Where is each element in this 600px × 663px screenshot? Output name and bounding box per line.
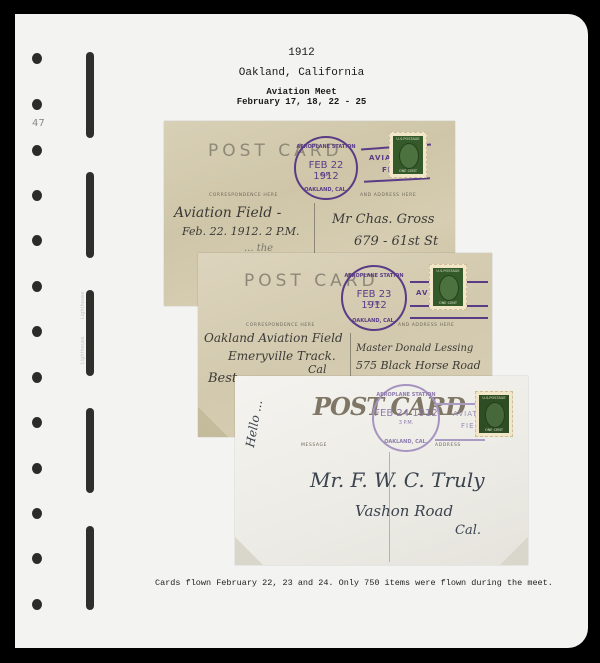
binder-slot	[86, 526, 94, 610]
stamp-one-cent: U.S.POSTAGEONE CENT	[475, 391, 513, 437]
correspondence-label: CORRESPONDENCE HERE	[209, 193, 278, 198]
stamp-one-cent: U.S.POSTAGEONE CENT	[389, 132, 427, 178]
message-line: Cal	[308, 363, 327, 376]
postmark: AEROPLANE STATION FEB 23 1912 3 P.M. OAK…	[341, 265, 407, 331]
binder-hole	[32, 145, 42, 156]
message-label: MESSAGE	[301, 443, 327, 448]
binder-hole	[32, 190, 42, 201]
page-dates: February 17, 18, 22 - 25	[15, 97, 588, 107]
binder-slot	[86, 172, 94, 258]
binder-hole	[32, 508, 42, 519]
address-label: AND ADDRESS HERE	[360, 193, 416, 198]
binder-hole	[32, 463, 42, 474]
message-line: Oakland Aviation Field	[204, 331, 343, 345]
binder-hole	[32, 281, 42, 292]
gutter-watermark: Lighthouse	[80, 336, 86, 364]
page-place: Oakland, California	[15, 67, 588, 79]
folded-corner	[500, 537, 528, 565]
page-event: Aviation Meet	[15, 87, 588, 97]
binder-hole	[32, 553, 42, 564]
address-line: 679 - 61st St	[354, 234, 438, 249]
correspondence-label: CORRESPONDENCE HERE	[246, 323, 315, 328]
page-caption: Cards flown February 22, 23 and 24. Only…	[155, 578, 553, 588]
postmark: AEROPLANE STATION FEB 22 1912 A.M. OAKLA…	[294, 136, 358, 200]
cancel-bar	[364, 177, 430, 182]
message-line: Aviation Field -	[174, 205, 281, 221]
address-line: Cal.	[455, 523, 481, 538]
address-line: 575 Black Horse Road	[356, 359, 481, 372]
folded-corner	[235, 537, 263, 565]
binder-hole	[32, 417, 42, 428]
address-label: ADDRESS	[435, 443, 461, 448]
message-line: Emeryville Track.	[228, 349, 336, 363]
binder-hole	[32, 235, 42, 246]
cancel-bar	[410, 317, 488, 319]
postcard-feb-24: POST CARD MESSAGE ADDRESS AVIATION FIELD…	[235, 376, 528, 565]
stamp-one-cent: U.S.POSTAGEONE CENT	[429, 264, 467, 310]
page-number-pencil: 47	[32, 118, 45, 129]
address-line: Mr Chas. Gross	[332, 212, 434, 227]
binder-slot	[86, 290, 94, 376]
gutter-watermark: Lighthouse	[80, 291, 86, 319]
binder-hole	[32, 326, 42, 337]
message-line: Feb. 22. 1912. 2 P.M.	[182, 225, 299, 238]
binder-hole	[32, 372, 42, 383]
binder-slot	[86, 408, 94, 493]
cancel-bar	[435, 439, 485, 441]
binder-hole	[32, 599, 42, 610]
address-line: Mr. F. W. C. Truly	[310, 468, 485, 492]
address-label: AND ADDRESS HERE	[398, 323, 454, 328]
message-line: Hello ...	[243, 399, 265, 448]
page-year: 1912	[15, 47, 588, 59]
address-line: Vashon Road	[355, 502, 453, 520]
postmark: AEROPLANE STATION FEB 24 1912 3 P.M. OAK…	[372, 384, 440, 452]
address-line: Master Donald Lessing	[356, 343, 473, 354]
folded-corner	[198, 407, 228, 437]
